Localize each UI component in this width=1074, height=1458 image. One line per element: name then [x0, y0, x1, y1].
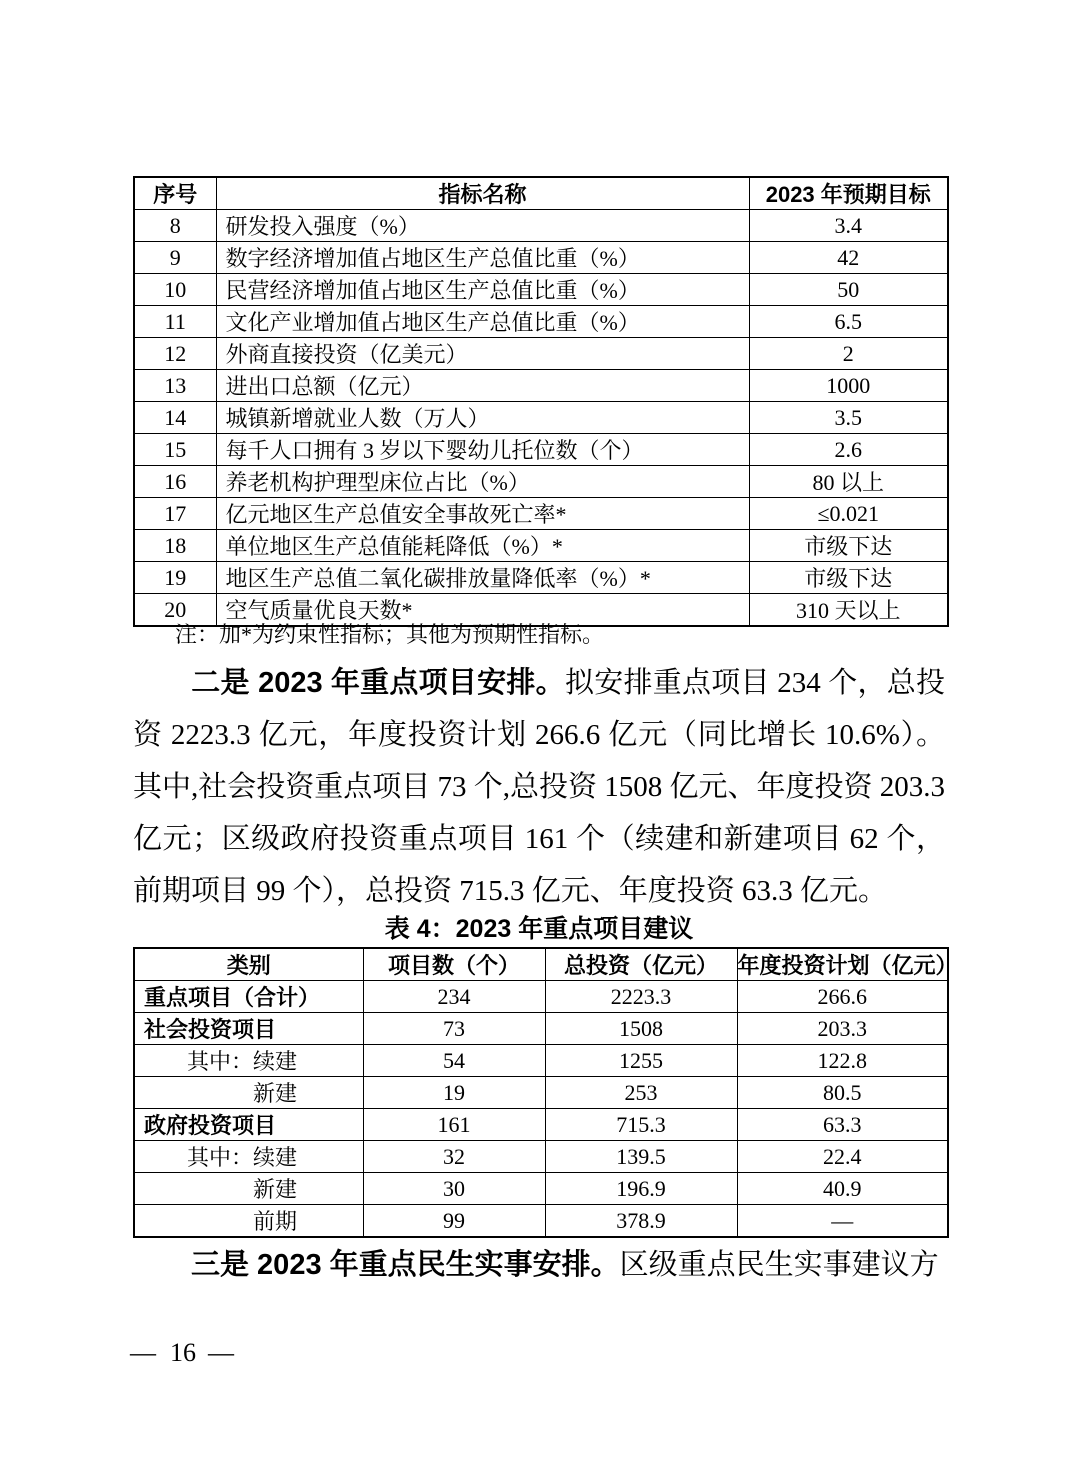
- table-row: 19 地区生产总值二氧化碳排放量降低率（%）* 市级下达: [134, 562, 948, 594]
- paragraph-text: 区级重点民生实事建议方: [620, 1249, 939, 1281]
- table-row: 18 单位地区生产总值能耗降低（%）* 市级下达: [134, 530, 948, 562]
- serial-cell: 17: [134, 498, 216, 530]
- target-value-cell: 3.4: [749, 210, 948, 242]
- header-project-count: 项目数（个）: [363, 948, 545, 981]
- table-row: 14 城镇新增就业人数（万人） 3.5: [134, 402, 948, 434]
- annual-plan-cell: 40.9: [737, 1173, 948, 1205]
- project-count-cell: 19: [363, 1077, 545, 1109]
- target-value-cell: 50: [749, 274, 948, 306]
- annual-plan-cell: 80.5: [737, 1077, 948, 1109]
- table-row: 其中：续建 54 1255 122.8: [134, 1045, 948, 1077]
- indicator-name-cell: 养老机构护理型床位占比（%）: [216, 466, 749, 498]
- project-count-cell: 99: [363, 1205, 545, 1238]
- indicator-name-cell: 地区生产总值二氧化碳排放量降低率（%）*: [216, 562, 749, 594]
- table-row: 重点项目（合计） 234 2223.3 266.6: [134, 981, 948, 1013]
- paragraph-lead: 三是 2023 年重点民生实事安排。: [191, 1249, 620, 1281]
- target-value-cell: 市级下达: [749, 562, 948, 594]
- target-value-cell: 2.6: [749, 434, 948, 466]
- indicator-name-cell: 文化产业增加值占地区生产总值比重（%）: [216, 306, 749, 338]
- category-cell: 社会投资项目: [134, 1013, 363, 1045]
- key-projects-paragraph: 二是 2023 年重点项目安排。拟安排重点项目 234 个，总投 资 2223.…: [133, 657, 945, 917]
- category-cell: 政府投资项目: [134, 1109, 363, 1141]
- annual-plan-cell: 22.4: [737, 1141, 948, 1173]
- header-category: 类别: [134, 948, 363, 981]
- indicator-name-cell: 研发投入强度（%）: [216, 210, 749, 242]
- indicator-name-cell: 单位地区生产总值能耗降低（%）*: [216, 530, 749, 562]
- table-row: 新建 30 196.9 40.9: [134, 1173, 948, 1205]
- table-row: 前期 99 378.9 —: [134, 1205, 948, 1238]
- indicator-name-cell: 民营经济增加值占地区生产总值比重（%）: [216, 274, 749, 306]
- table4-title: 表 4：2023 年重点项目建议: [133, 909, 945, 945]
- project-count-cell: 234: [363, 981, 545, 1013]
- category-cell: 重点项目（合计）: [134, 981, 363, 1013]
- category-cell: 新建: [134, 1077, 363, 1109]
- table-row: 其中：续建 32 139.5 22.4: [134, 1141, 948, 1173]
- header-serial: 序号: [134, 177, 216, 210]
- indicator-name-cell: 进出口总额（亿元）: [216, 370, 749, 402]
- indicator-name-cell: 城镇新增就业人数（万人）: [216, 402, 749, 434]
- annual-plan-cell: 122.8: [737, 1045, 948, 1077]
- table-row: 17 亿元地区生产总值安全事故死亡率* ≤0.021: [134, 498, 948, 530]
- target-value-cell: 80 以上: [749, 466, 948, 498]
- project-count-cell: 54: [363, 1045, 545, 1077]
- serial-cell: 14: [134, 402, 216, 434]
- serial-cell: 19: [134, 562, 216, 594]
- serial-cell: 8: [134, 210, 216, 242]
- total-investment-cell: 378.9: [545, 1205, 737, 1238]
- total-investment-cell: 715.3: [545, 1109, 737, 1141]
- table-row: 16 养老机构护理型床位占比（%） 80 以上: [134, 466, 948, 498]
- total-investment-cell: 196.9: [545, 1173, 737, 1205]
- annual-plan-cell: 266.6: [737, 981, 948, 1013]
- indicator-name-cell: 外商直接投资（亿美元）: [216, 338, 749, 370]
- total-investment-cell: 139.5: [545, 1141, 737, 1173]
- table-row: 社会投资项目 73 1508 203.3: [134, 1013, 948, 1045]
- header-total-investment: 总投资（亿元）: [545, 948, 737, 981]
- table-header-row: 序号 指标名称 2023 年预期目标: [134, 177, 948, 210]
- paragraph-lead: 二是 2023 年重点项目安排。: [191, 667, 565, 699]
- serial-cell: 12: [134, 338, 216, 370]
- serial-cell: 11: [134, 306, 216, 338]
- serial-cell: 13: [134, 370, 216, 402]
- table-header-row: 类别 项目数（个） 总投资（亿元） 年度投资计划（亿元）: [134, 948, 948, 981]
- table-row: 8 研发投入强度（%） 3.4: [134, 210, 948, 242]
- footer-left-dash: —: [130, 1338, 158, 1367]
- total-investment-cell: 2223.3: [545, 981, 737, 1013]
- table-note: 注：加*为约束性指标；其他为预期性指标。: [175, 618, 604, 649]
- target-value-cell: 3.5: [749, 402, 948, 434]
- category-cell: 其中：续建: [134, 1141, 363, 1173]
- livelihood-paragraph: 三是 2023 年重点民生实事安排。区级重点民生实事建议方: [133, 1239, 945, 1291]
- target-value-cell: ≤0.021: [749, 498, 948, 530]
- indicator-name-cell: 数字经济增加值占地区生产总值比重（%）: [216, 242, 749, 274]
- total-investment-cell: 1255: [545, 1045, 737, 1077]
- page-number-footer: —16—: [130, 1338, 236, 1368]
- table-row: 新建 19 253 80.5: [134, 1077, 948, 1109]
- category-cell: 前期: [134, 1205, 363, 1238]
- table-row: 12 外商直接投资（亿美元） 2: [134, 338, 948, 370]
- project-table: 类别 项目数（个） 总投资（亿元） 年度投资计划（亿元） 重点项目（合计） 23…: [133, 947, 949, 1238]
- table-row: 9 数字经济增加值占地区生产总值比重（%） 42: [134, 242, 948, 274]
- project-count-cell: 161: [363, 1109, 545, 1141]
- serial-cell: 18: [134, 530, 216, 562]
- table-row: 政府投资项目 161 715.3 63.3: [134, 1109, 948, 1141]
- paragraph-text: 拟安排重点项目 234 个，总投: [565, 667, 945, 699]
- indicator-name-cell: 每千人口拥有 3 岁以下婴幼儿托位数（个）: [216, 434, 749, 466]
- total-investment-cell: 1508: [545, 1013, 737, 1045]
- paragraph-line: 其中,社会投资重点项目 73 个,总投资 1508 亿元、年度投资 203.3: [133, 761, 945, 813]
- serial-cell: 16: [134, 466, 216, 498]
- target-value-cell: 1000: [749, 370, 948, 402]
- serial-cell: 10: [134, 274, 216, 306]
- page-number: 16: [170, 1338, 196, 1367]
- total-investment-cell: 253: [545, 1077, 737, 1109]
- indicator-table: 序号 指标名称 2023 年预期目标 8 研发投入强度（%） 3.4 9 数字经…: [133, 176, 949, 627]
- target-value-cell: 6.5: [749, 306, 948, 338]
- annual-plan-cell: —: [737, 1205, 948, 1238]
- serial-cell: 9: [134, 242, 216, 274]
- project-count-cell: 73: [363, 1013, 545, 1045]
- paragraph-line: 资 2223.3 亿元，年度投资计划 266.6 亿元（同比增长 10.6%）。: [133, 709, 945, 761]
- table-row: 13 进出口总额（亿元） 1000: [134, 370, 948, 402]
- footer-right-dash: —: [208, 1338, 236, 1367]
- header-indicator-name: 指标名称: [216, 177, 749, 210]
- project-count-cell: 30: [363, 1173, 545, 1205]
- paragraph-line: 亿元；区级政府投资重点项目 161 个（续建和新建项目 62 个，: [133, 813, 945, 865]
- target-value-cell: 310 天以上: [749, 594, 948, 627]
- table-row: 11 文化产业增加值占地区生产总值比重（%） 6.5: [134, 306, 948, 338]
- annual-plan-cell: 203.3: [737, 1013, 948, 1045]
- header-target: 2023 年预期目标: [749, 177, 948, 210]
- target-value-cell: 市级下达: [749, 530, 948, 562]
- serial-cell: 15: [134, 434, 216, 466]
- target-value-cell: 2: [749, 338, 948, 370]
- category-cell: 新建: [134, 1173, 363, 1205]
- header-annual-plan: 年度投资计划（亿元）: [737, 948, 948, 981]
- indicator-name-cell: 亿元地区生产总值安全事故死亡率*: [216, 498, 749, 530]
- table-row: 10 民营经济增加值占地区生产总值比重（%） 50: [134, 274, 948, 306]
- table-row: 15 每千人口拥有 3 岁以下婴幼儿托位数（个） 2.6: [134, 434, 948, 466]
- category-cell: 其中：续建: [134, 1045, 363, 1077]
- document-page: 序号 指标名称 2023 年预期目标 8 研发投入强度（%） 3.4 9 数字经…: [0, 0, 1074, 1458]
- annual-plan-cell: 63.3: [737, 1109, 948, 1141]
- paragraph-line: 二是 2023 年重点项目安排。拟安排重点项目 234 个，总投: [133, 657, 945, 709]
- target-value-cell: 42: [749, 242, 948, 274]
- project-count-cell: 32: [363, 1141, 545, 1173]
